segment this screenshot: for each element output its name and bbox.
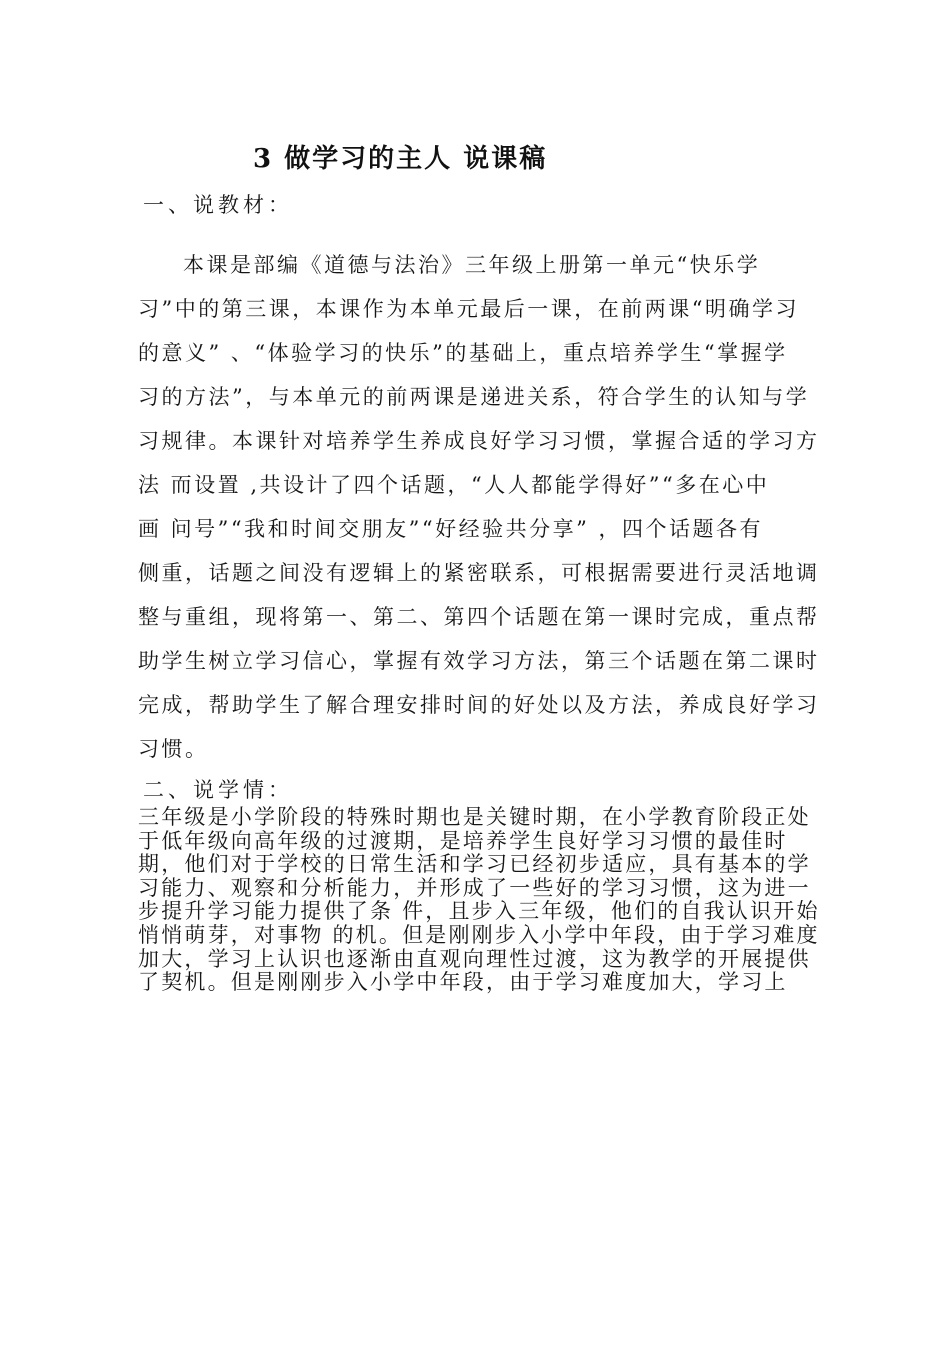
text-line: 悄悄萌芽，对事物 的机。但是刚刚步入小学中年段，由于学习难度 [138,924,898,948]
text-line: 侧重，话题之间没有逻辑上的紧密联系，可根据需要进行灵活地调 [138,551,898,595]
text-line: 法 而设置 ,共设计了四个话题，“人人都能学得好”“多在心中 [138,463,898,507]
text-line: 了契机。但是刚刚步入小学中年段，由于学习难度加大，学习上 [138,971,898,995]
text-line: 期，他们对于学校的日常生活和学习已经初步适应，具有基本的学 [138,853,898,877]
paragraph-learners: 三年级是小学阶段的特殊时期也是关键时期，在小学教育阶段正处于低年级向高年级的过渡… [138,806,898,995]
section-heading-materials: 一、说教材： [143,189,293,219]
text-line: 习规律。本课针对培养学生养成良好学习习惯，掌握合适的学习方 [138,419,898,463]
text-line: 整与重组，现将第一、第二、第四个话题在第一课时完成，重点帮 [138,595,898,639]
text-line: 习能力、观察和分析能力，并形成了一些好的学习习惯，这为进一 [138,877,898,901]
document-page: 3 做学习的主人 说课稿 一、说教材： 本课是部编《道德与法治》三年级上册第一单… [0,0,950,1345]
text-line: 习”中的第三课，本课作为本单元最后一课，在前两课“明确学习 [138,287,898,331]
paragraph-materials: 本课是部编《道德与法治》三年级上册第一单元“快乐学习”中的第三课，本课作为本单元… [138,243,898,771]
text-line: 习的方法”，与本单元的前两课是递进关系，符合学生的认知与学 [138,375,898,419]
text-line: 三年级是小学阶段的特殊时期也是关键时期，在小学教育阶段正处 [138,806,898,830]
text-line: 习惯。 [138,727,898,771]
text-line: 完成，帮助学生了解合理安排时间的好处以及方法，养成良好学习 [138,683,898,727]
text-line: 助学生树立学习信心，掌握有效学习方法，第三个话题在第二课时 [138,639,898,683]
document-title: 3 做学习的主人 说课稿 [253,138,547,175]
text-line: 画 问号”“我和时间交朋友”“好经验共分享” ，四个话题各有 [138,507,898,551]
text-line: 于低年级向高年级的过渡期，是培养学生良好学习习惯的最佳时 [138,830,898,854]
section-heading-learners: 二、说学情： [143,774,293,804]
text-line: 步提升学习能力提供了条 件，且步入三年级，他们的自我认识开始 [138,900,898,924]
text-line: 加大，学习上认识也逐渐由直观向理性过渡，这为教学的开展提供 [138,948,898,972]
text-line: 本课是部编《道德与法治》三年级上册第一单元“快乐学 [138,243,898,287]
text-line: 的意义” 、“体验学习的快乐”的基础上，重点培养学生“掌握学 [138,331,898,375]
